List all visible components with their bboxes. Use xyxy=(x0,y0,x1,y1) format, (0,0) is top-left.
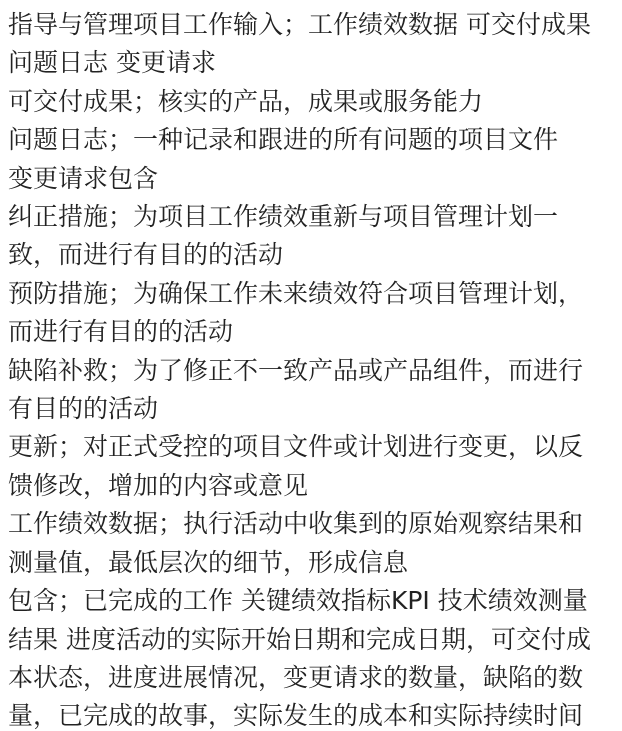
text-line: 量，已完成的故事，实际发生的成本和实际持续时间 xyxy=(8,697,614,731)
text-line: 致，而进行有目的的活动 xyxy=(8,236,614,274)
text-line: 测量值，最低层次的细节，形成信息 xyxy=(8,544,614,582)
text-line: 结果 进度活动的实际开始日期和完成日期，可交付成 xyxy=(8,621,614,659)
text-line: 本状态，进度进展情况，变更请求的数量，缺陷的数 xyxy=(8,659,614,697)
text-line: 可交付成果；核实的产品，成果或服务能力 xyxy=(8,83,614,121)
document-body: 指导与管理项目工作输入；工作绩效数据 可交付成果 问题日志 变更请求 可交付成果… xyxy=(0,0,622,731)
text-line: 问题日志；一种记录和跟进的所有问题的项目文件 xyxy=(8,121,614,159)
text-line: 预防措施；为确保工作未来绩效符合项目管理计划， xyxy=(8,275,614,313)
text-line: 而进行有目的的活动 xyxy=(8,313,614,351)
text-line: 工作绩效数据；执行活动中收集到的原始观察结果和 xyxy=(8,505,614,543)
text-line: 更新；对正式受控的项目文件或计划进行变更，以反 xyxy=(8,428,614,466)
text-line: 指导与管理项目工作输入；工作绩效数据 可交付成果 xyxy=(8,6,614,44)
text-line: 馈修改，增加的内容或意见 xyxy=(8,467,614,505)
text-line: 纠正措施；为项目工作绩效重新与项目管理计划一 xyxy=(8,198,614,236)
text-line: 变更请求包含 xyxy=(8,160,614,198)
text-line: 有目的的活动 xyxy=(8,390,614,428)
text-line: 问题日志 变更请求 xyxy=(8,44,614,82)
text-line: 包含；已完成的工作 关键绩效指标KPI 技术绩效测量 xyxy=(8,582,614,620)
text-line: 缺陷补救；为了修正不一致产品或产品组件，而进行 xyxy=(8,352,614,390)
